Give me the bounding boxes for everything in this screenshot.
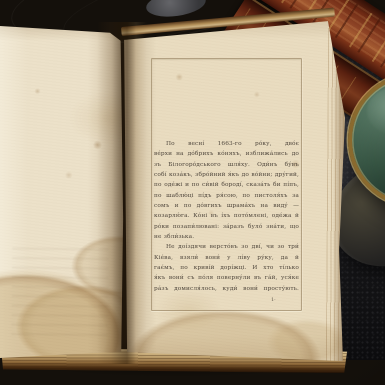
water-stain-right-page (120, 18, 348, 366)
lens-glare-highlight (367, 87, 385, 135)
book-gutter-shadow (97, 22, 147, 364)
right-text-page: По весні́ 1663-го ро́ку, дво́є подоро́жн… (120, 18, 348, 366)
photo-antique-book-scene: По весні́ 1663-го ро́ку, дво́є подоро́жн… (0, 0, 385, 385)
